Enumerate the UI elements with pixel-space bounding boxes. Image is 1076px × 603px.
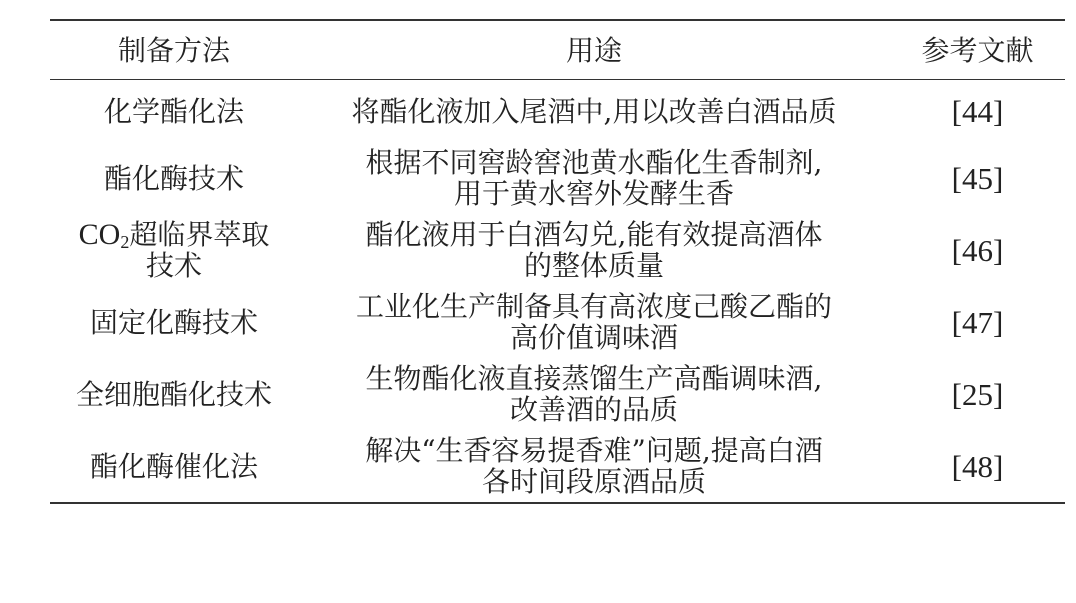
use-text-line-1: 工业化生产制备具有高浓度己酸乙酯的 bbox=[298, 291, 890, 322]
method-text-line-1: CO2超临界萃取 bbox=[50, 219, 298, 250]
use-cell: 解决“生香容易提香难”问题,提高白酒 各时间段原酒品质 bbox=[298, 430, 890, 503]
method-text: 超临界萃取 bbox=[129, 218, 269, 251]
use-text-line-1: 解决“生香容易提香难”问题,提高白酒 bbox=[298, 435, 890, 466]
reference-cell: [45] bbox=[890, 142, 1065, 214]
use-text: 将酯化液加入尾酒中,用以改善白酒品质 bbox=[298, 96, 890, 127]
use-cell: 将酯化液加入尾酒中,用以改善白酒品质 bbox=[298, 80, 890, 143]
esterification-methods-table: 制备方法 用途 参考文献 化学酯化法 将酯化液加入尾酒中,用以改善白酒品质 [4… bbox=[50, 19, 1065, 504]
method-cell: 化学酯化法 bbox=[50, 80, 298, 143]
use-text-line-2: 改善酒的品质 bbox=[298, 394, 890, 425]
reference-cell: [48] bbox=[890, 430, 1065, 503]
reference-cell: [47] bbox=[890, 286, 1065, 358]
reference-cell: [44] bbox=[890, 80, 1065, 143]
method-cell: 固定化酶技术 bbox=[50, 286, 298, 358]
use-cell: 工业化生产制备具有高浓度己酸乙酯的 高价值调味酒 bbox=[298, 286, 890, 358]
method-cell: 酯化酶催化法 bbox=[50, 430, 298, 503]
table-row: 全细胞酯化技术 生物酯化液直接蒸馏生产高酯调味酒, 改善酒的品质 [25] bbox=[50, 358, 1065, 430]
method-text: 酯化酶催化法 bbox=[50, 451, 298, 482]
co2-formula: CO bbox=[79, 218, 121, 251]
esterification-methods-table-container: 制备方法 用途 参考文献 化学酯化法 将酯化液加入尾酒中,用以改善白酒品质 [4… bbox=[50, 19, 1065, 504]
reference-cell: [25] bbox=[890, 358, 1065, 430]
table-header-row: 制备方法 用途 参考文献 bbox=[50, 20, 1065, 80]
header-reference: 参考文献 bbox=[890, 20, 1065, 80]
use-text-line-1: 酯化液用于白酒勾兑,能有效提高酒体 bbox=[298, 219, 890, 250]
reference-cell: [46] bbox=[890, 214, 1065, 286]
header-use: 用途 bbox=[298, 20, 890, 80]
table-row: 酯化酶技术 根据不同窖龄窖池黄水酯化生香制剂, 用于黄水窖外发酵生香 [45] bbox=[50, 142, 1065, 214]
method-text-line-2: 技术 bbox=[50, 250, 298, 281]
method-text: 化学酯化法 bbox=[50, 96, 298, 127]
use-cell: 生物酯化液直接蒸馏生产高酯调味酒, 改善酒的品质 bbox=[298, 358, 890, 430]
use-text-line-1: 根据不同窖龄窖池黄水酯化生香制剂, bbox=[298, 147, 890, 178]
co2-subscript: 2 bbox=[120, 232, 129, 252]
method-cell: 酯化酶技术 bbox=[50, 142, 298, 214]
table-row: 固定化酶技术 工业化生产制备具有高浓度己酸乙酯的 高价值调味酒 [47] bbox=[50, 286, 1065, 358]
method-text: 全细胞酯化技术 bbox=[50, 379, 298, 410]
use-text-line-2: 高价值调味酒 bbox=[298, 322, 890, 353]
use-text-line-1: 生物酯化液直接蒸馏生产高酯调味酒, bbox=[298, 363, 890, 394]
method-cell: 全细胞酯化技术 bbox=[50, 358, 298, 430]
table-row: 酯化酶催化法 解决“生香容易提香难”问题,提高白酒 各时间段原酒品质 [48] bbox=[50, 430, 1065, 503]
use-text-line-2: 用于黄水窖外发酵生香 bbox=[298, 178, 890, 209]
use-text-line-2: 的整体质量 bbox=[298, 250, 890, 281]
use-cell: 根据不同窖龄窖池黄水酯化生香制剂, 用于黄水窖外发酵生香 bbox=[298, 142, 890, 214]
table-row: 化学酯化法 将酯化液加入尾酒中,用以改善白酒品质 [44] bbox=[50, 80, 1065, 143]
use-text-line-2: 各时间段原酒品质 bbox=[298, 466, 890, 497]
header-preparation-method: 制备方法 bbox=[50, 20, 298, 80]
use-cell: 酯化液用于白酒勾兑,能有效提高酒体 的整体质量 bbox=[298, 214, 890, 286]
method-text: 固定化酶技术 bbox=[50, 307, 298, 338]
method-text: 酯化酶技术 bbox=[50, 163, 298, 194]
method-cell: CO2超临界萃取 技术 bbox=[50, 214, 298, 286]
table-row: CO2超临界萃取 技术 酯化液用于白酒勾兑,能有效提高酒体 的整体质量 [46] bbox=[50, 214, 1065, 286]
